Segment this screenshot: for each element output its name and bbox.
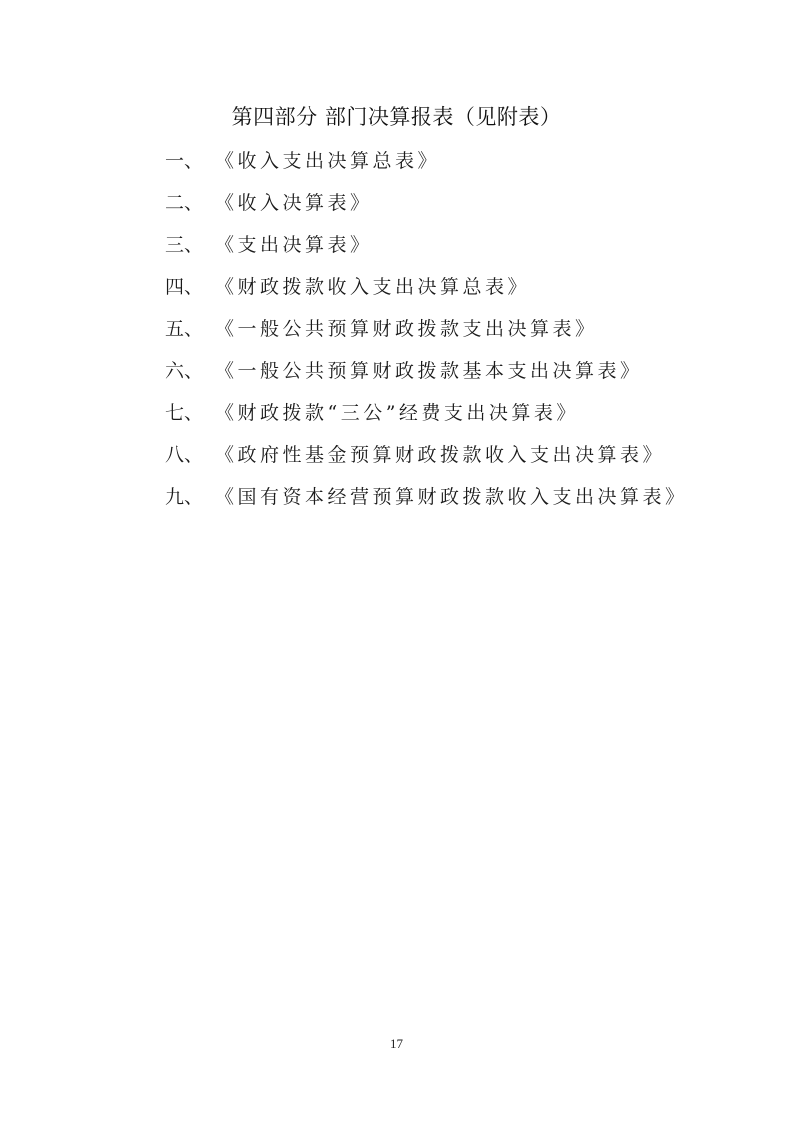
item-title: 《一般公共预算财政拨款支出决算表》 [215,314,598,356]
section-heading: 第四部分 部门决算报表（见附表） [0,101,793,133]
list-item: 六、 《一般公共预算财政拨款基本支出决算表》 [165,356,688,398]
item-title: 《收入支出决算总表》 [215,146,440,188]
item-title: 《财政拨款收入支出决算总表》 [215,272,530,314]
list-item: 一、 《收入支出决算总表》 [165,146,688,188]
page-number: 17 [0,1036,793,1052]
item-number: 九、 [165,482,215,524]
item-number: 四、 [165,272,215,314]
item-title: 《财政拨款“三公”经费支出决算表》 [215,398,579,440]
list-item: 四、 《财政拨款收入支出决算总表》 [165,272,688,314]
list-item: 五、 《一般公共预算财政拨款支出决算表》 [165,314,688,356]
item-title: 《支出决算表》 [215,230,373,272]
list-item: 三、 《支出决算表》 [165,230,688,272]
item-number: 一、 [165,146,215,188]
document-page: 第四部分 部门决算报表（见附表） 一、 《收入支出决算总表》 二、 《收入决算表… [0,0,793,1122]
list-item: 八、 《政府性基金预算财政拨款收入支出决算表》 [165,440,688,482]
item-title: 《国有资本经营预算财政拨款收入支出决算表》 [215,482,688,524]
item-number: 五、 [165,314,215,356]
list-item: 二、 《收入决算表》 [165,188,688,230]
item-title: 《一般公共预算财政拨款基本支出决算表》 [215,356,643,398]
list-item: 七、 《财政拨款“三公”经费支出决算表》 [165,398,688,440]
item-number: 三、 [165,230,215,272]
item-number: 八、 [165,440,215,482]
item-number: 二、 [165,188,215,230]
list-item: 九、 《国有资本经营预算财政拨款收入支出决算表》 [165,482,688,524]
item-number: 七、 [165,398,215,440]
item-title: 《政府性基金预算财政拨款收入支出决算表》 [215,440,665,482]
report-table-list: 一、 《收入支出决算总表》 二、 《收入决算表》 三、 《支出决算表》 四、 《… [165,146,688,524]
item-title: 《收入决算表》 [215,188,373,230]
item-number: 六、 [165,356,215,398]
